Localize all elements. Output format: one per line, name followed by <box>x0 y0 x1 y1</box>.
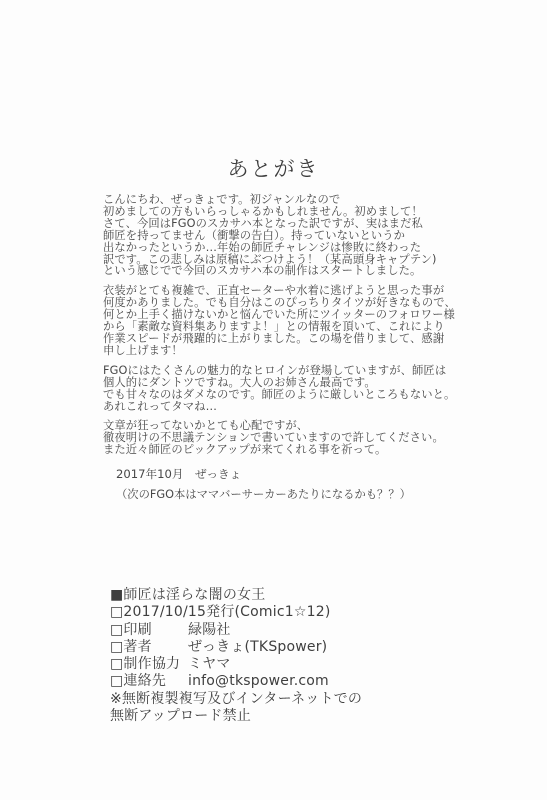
colophon-label-printer: □印刷 <box>110 622 188 639</box>
afterword-paragraph: FGOにはたくさんの魅力的なヒロインが登場していますが、師匠は 個人的にダントツ… <box>103 365 523 413</box>
colophon-value-contact-email: info@tkspower.com <box>188 673 329 690</box>
colophon-row-author: □著者 ぜっきょ(TKSpower) <box>110 639 510 656</box>
afterword-paragraph: 衣装がとても複雑で、正直セーターや水着に逃げようと思った事が 何度かありました。… <box>103 285 523 356</box>
colophon-row-contact: □連絡先 info@tkspower.com <box>110 673 510 690</box>
signature-line: 2017年10月 ぜっきょ <box>116 468 523 480</box>
colophon-publication: □2017/10/15発行(Comic1☆12) <box>110 604 510 621</box>
colophon-value-author: ぜっきょ(TKSpower) <box>188 639 327 656</box>
colophon-value-production-help: ミヤマ <box>188 656 231 673</box>
colophon-row-production-help: □制作協力 ミヤマ <box>110 656 510 673</box>
afterword-body: こんにちわ、ぜっきょです。初ジャンルなので 初めましての方もいらっしゃるかもしれ… <box>103 194 523 501</box>
afterword-title: あとがき <box>0 156 547 182</box>
colophon: ■師匠は淫らな闇の女王 □2017/10/15発行(Comic1☆12) □印刷… <box>110 587 510 725</box>
afterword-paragraph: こんにちわ、ぜっきょです。初ジャンルなので 初めましての方もいらっしゃるかもしれ… <box>103 194 523 277</box>
colophon-label-production-help: □制作協力 <box>110 656 188 673</box>
colophon-book-title: ■師匠は淫らな闇の女王 <box>110 587 510 604</box>
colophon-label-author: □著者 <box>110 639 188 656</box>
colophon-row-printer: □印刷 緑陽社 <box>110 622 510 639</box>
colophon-value-printer: 緑陽社 <box>188 622 231 639</box>
colophon-label-contact: □連絡先 <box>110 673 188 690</box>
scanned-page: あとがき こんにちわ、ぜっきょです。初ジャンルなので 初めましての方もいらっしゃ… <box>0 0 547 800</box>
next-book-note: （次のFGO本はママバーサーカーあたりになるかも？？） <box>116 489 523 501</box>
copyright-notice: ※無断複製複写及びインターネットでの 無断アップロード禁止 <box>110 691 510 726</box>
afterword-paragraph: 文章が狂ってないかとても心配ですが、 徹夜明けの不思議テンションで書いていますの… <box>103 420 523 456</box>
